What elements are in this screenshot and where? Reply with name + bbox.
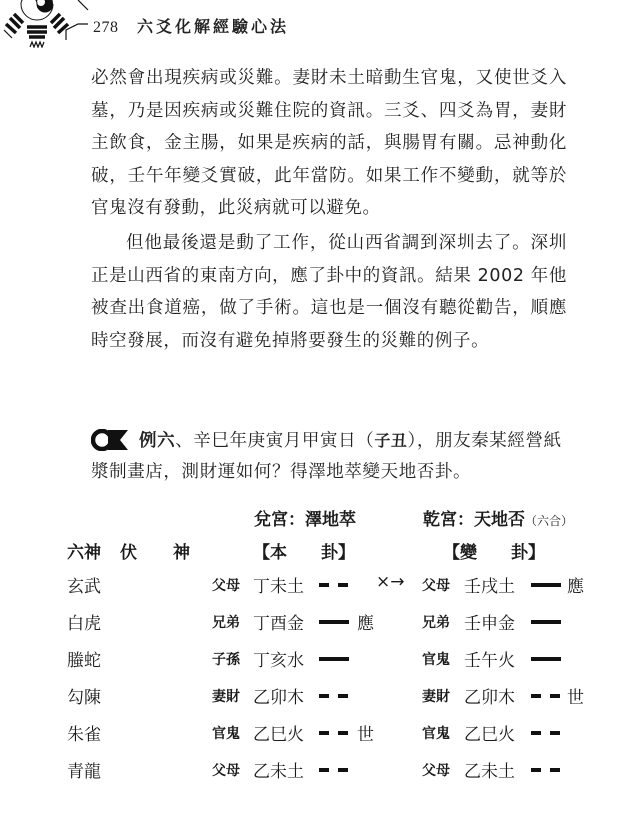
yin-line-icon — [319, 583, 349, 587]
six-relation: 父母 — [212, 575, 240, 595]
book-title: 六爻化解經驗心法 — [137, 19, 289, 36]
yin-line-icon — [531, 731, 561, 735]
changed-six-relation: 妻財 — [422, 686, 450, 706]
col-hidden-1: 伏 — [120, 538, 137, 563]
changed-yao-stem-branch: 乙卯木 — [464, 683, 515, 708]
yang-line-icon — [319, 620, 349, 624]
hexagram-column-headers: 六神 伏 神 【本 卦】 【變 卦】 — [0, 538, 625, 568]
example-heading: 例六、辛巳年庚寅月甲寅日（子丑），朋友秦某經營紙漿制畫店，測財運如何？得澤地萃變… — [91, 425, 567, 488]
changed-six-relation: 父母 — [422, 575, 450, 595]
paragraph-2: 但他最後還是動了工作，從山西省調到深圳去了。深圳正是山西省的東南方向，應了卦中的… — [91, 227, 567, 357]
example-date: 、辛巳年庚寅月甲寅日（ — [175, 431, 374, 451]
yang-line-icon — [319, 657, 349, 661]
changed-shi-ying-mark: 應 — [567, 572, 584, 597]
hexagram-titles: 兌宮：澤地萃 乾宮：天地否（六合） — [0, 505, 625, 535]
six-relation: 妻財 — [212, 686, 240, 706]
changed-yao-stem-branch: 壬午火 — [464, 646, 515, 671]
yang-line-icon — [531, 583, 561, 587]
bagua-taiji-icon — [0, 0, 90, 48]
yao-stem-branch: 乙未土 — [253, 757, 304, 782]
col-original: 【本 卦】 — [253, 538, 355, 563]
col-changed: 【變 卦】 — [443, 538, 545, 563]
shi-ying-mark: 應 — [357, 609, 374, 634]
yao-stem-branch: 丁酉金 — [253, 609, 304, 634]
six-spirit: 螣蛇 — [67, 646, 101, 671]
six-relation: 父母 — [212, 760, 240, 780]
table-row: 勾陳妻財乙卯木妻財乙卯木世 — [0, 683, 625, 713]
yin-line-icon — [531, 768, 561, 772]
changed-six-relation: 官鬼 — [422, 723, 450, 743]
yang-line-icon — [531, 657, 561, 661]
table-row: 白虎兄弟丁酉金應兄弟壬申金 — [0, 609, 625, 639]
original-hexagram-title: 兌宮：澤地萃 — [254, 505, 356, 530]
liuhe-note: （六合） — [525, 514, 573, 528]
example-marker-icon — [91, 429, 129, 451]
yao-stem-branch: 乙巳火 — [253, 720, 304, 745]
yao-stem-branch: 乙卯木 — [253, 683, 304, 708]
table-row: 螣蛇子孫丁亥水官鬼壬午火 — [0, 646, 625, 676]
six-spirit: 朱雀 — [67, 720, 101, 745]
paragraph-1: 必然會出現疾病或災難。妻財未土暗動生官鬼，又使世爻入墓，乃是因疾病或災難住院的資… — [91, 62, 567, 225]
col-hidden-2: 神 — [173, 538, 190, 563]
six-relation: 官鬼 — [212, 723, 240, 743]
changed-six-relation: 官鬼 — [422, 649, 450, 669]
yin-line-icon — [319, 768, 349, 772]
table-row: 玄武父母丁未土×→父母壬戌土應 — [0, 572, 625, 602]
six-spirit: 勾陳 — [67, 683, 101, 708]
moving-marker: ×→ — [376, 572, 405, 592]
six-spirit: 青龍 — [67, 757, 101, 782]
yao-stem-branch: 丁亥水 — [253, 646, 304, 671]
example-label: 例六 — [139, 431, 175, 451]
table-row: 朱雀官鬼乙巳火世官鬼乙巳火 — [0, 720, 625, 750]
changed-shi-ying-mark: 世 — [567, 683, 584, 708]
changed-six-relation: 父母 — [422, 760, 450, 780]
changed-six-relation: 兄弟 — [422, 612, 450, 632]
changed-yao-stem-branch: 乙巳火 — [464, 720, 515, 745]
changed-yao-stem-branch: 壬申金 — [464, 609, 515, 634]
changed-hexagram-title: 乾宮：天地否（六合） — [423, 505, 573, 530]
col-six-spirits: 六神 — [67, 538, 101, 563]
changed-yao-stem-branch: 壬戌土 — [464, 572, 515, 597]
six-spirit: 玄武 — [67, 572, 101, 597]
page-number: 278 — [93, 19, 119, 36]
kongwang: 子丑 — [374, 431, 407, 450]
changed-yao-stem-branch: 乙未土 — [464, 757, 515, 782]
yang-line-icon — [531, 620, 561, 624]
yao-stem-branch: 丁未土 — [253, 572, 304, 597]
yin-line-icon — [319, 694, 349, 698]
six-spirit: 白虎 — [67, 609, 101, 634]
shi-ying-mark: 世 — [357, 720, 374, 745]
yin-line-icon — [531, 694, 561, 698]
table-row: 青龍父母乙未土父母乙未土 — [0, 757, 625, 787]
yin-line-icon — [319, 731, 349, 735]
six-relation: 兄弟 — [212, 612, 240, 632]
six-relation: 子孫 — [212, 649, 240, 669]
